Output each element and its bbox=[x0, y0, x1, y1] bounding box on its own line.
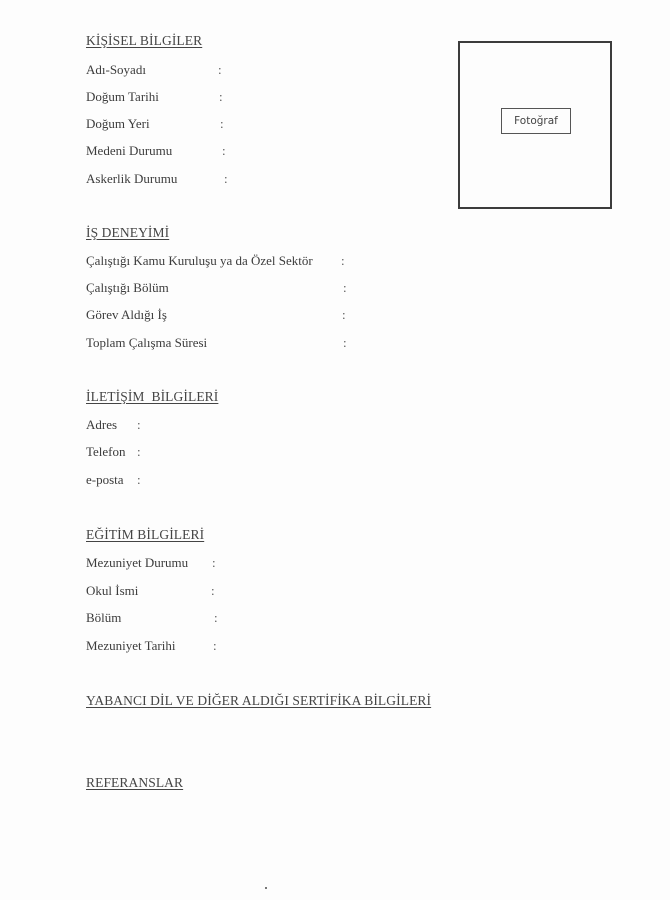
field-separator: : bbox=[342, 307, 346, 323]
field-separator: : bbox=[214, 610, 218, 626]
field-label-address: Adres bbox=[86, 417, 117, 433]
field-label-employer: Çalıştığı Kamu Kuruluşu ya da Özel Sektö… bbox=[86, 253, 313, 269]
field-label-total-duration: Toplam Çalışma Süresi bbox=[86, 335, 207, 351]
field-separator: : bbox=[219, 89, 223, 105]
field-separator: : bbox=[213, 638, 217, 654]
field-separator: : bbox=[212, 555, 216, 571]
section-title-contact: İLETİŞİM BİLGİLERİ bbox=[86, 389, 218, 405]
photo-label: Fotoğraf bbox=[501, 108, 571, 134]
field-separator: : bbox=[224, 171, 228, 187]
field-separator: : bbox=[343, 280, 347, 296]
field-label-marital-status: Medeni Durumu bbox=[86, 143, 172, 159]
section-title-education: EĞİTİM BİLGİLERİ bbox=[86, 527, 204, 543]
field-separator: : bbox=[137, 444, 141, 460]
field-label-graduation-status: Mezuniyet Durumu bbox=[86, 555, 188, 571]
field-separator: : bbox=[343, 335, 347, 351]
field-separator: : bbox=[211, 583, 215, 599]
field-separator: : bbox=[341, 253, 345, 269]
field-label-birth-date: Doğum Tarihi bbox=[86, 89, 159, 105]
field-label-major: Bölüm bbox=[86, 610, 121, 626]
scan-speck bbox=[265, 887, 267, 889]
section-title-references: REFERANSLAR bbox=[86, 775, 183, 791]
field-separator: : bbox=[137, 472, 141, 488]
field-label-phone: Telefon bbox=[86, 444, 126, 460]
section-title-languages-certificates: YABANCI DİL VE DİĞER ALDIĞI SERTİFİKA Bİ… bbox=[86, 693, 431, 709]
field-separator: : bbox=[222, 143, 226, 159]
field-label-graduation-date: Mezuniyet Tarihi bbox=[86, 638, 175, 654]
field-label-birth-place: Doğum Yeri bbox=[86, 116, 150, 132]
field-label-email: e-posta bbox=[86, 472, 124, 488]
field-label-name: Adı-Soyadı bbox=[86, 62, 146, 78]
field-separator: : bbox=[218, 62, 222, 78]
section-title-personal: KİŞİSEL BİLGİLER bbox=[86, 33, 202, 49]
field-label-department: Çalıştığı Bölüm bbox=[86, 280, 169, 296]
field-separator: : bbox=[220, 116, 224, 132]
field-label-school-name: Okul İsmi bbox=[86, 583, 138, 599]
field-label-military-status: Askerlik Durumu bbox=[86, 171, 177, 187]
field-separator: : bbox=[137, 417, 141, 433]
field-label-job: Görev Aldığı İş bbox=[86, 307, 167, 323]
section-title-experience: İŞ DENEYİMİ bbox=[86, 225, 169, 241]
